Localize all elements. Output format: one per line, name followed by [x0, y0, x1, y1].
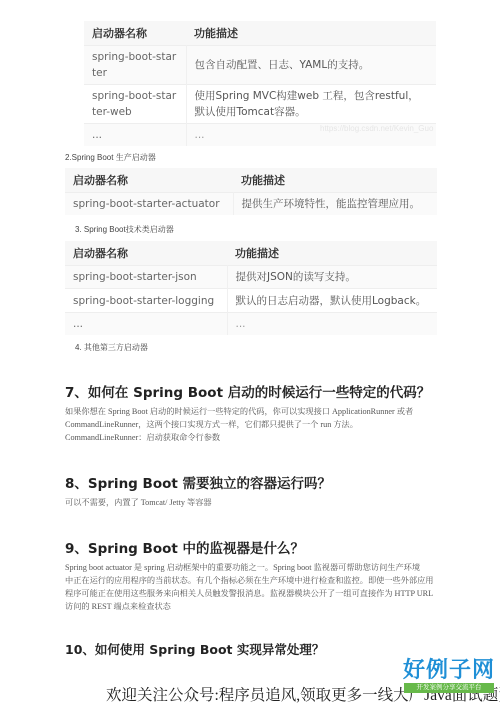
- column-header: 启动器名称: [65, 241, 227, 266]
- column-header: 功能描述: [227, 241, 437, 266]
- starter-description: 使用Spring MVC构建web 工程，包含restful，默认使用Tomca…: [186, 85, 436, 124]
- starter-name: ...: [84, 124, 186, 147]
- logo-title: 好例子网: [400, 657, 498, 683]
- starter-name: spring-boot-starter: [84, 46, 186, 85]
- starter-description: 提供对JSON的读写支持。: [227, 266, 437, 289]
- starter-name: spring-boot-starter-actuator: [65, 193, 233, 216]
- site-logo-watermark: 好例子网 开发案例分享交流平台: [400, 657, 498, 705]
- starter-name: spring-boot-starter-json: [65, 266, 227, 289]
- section-heading-8: 8、Spring Boot 需要独立的容器运行吗？: [65, 472, 331, 492]
- column-header: 功能描述: [233, 168, 437, 193]
- paragraph-line: 可以不需要，内置了 Tomcat/ Jetty 等容器: [65, 496, 445, 509]
- source-watermark: https://blog.csdn.net/Kevin_Guo: [320, 124, 433, 133]
- paragraph-line: 程序可能正在使用这些服务来向相关人员触发警报消息。监视器模块公开了一组可直接作为…: [65, 587, 445, 600]
- starter-table-tech: 启动器名称 功能描述 spring-boot-starter-json 提供对J…: [65, 241, 437, 335]
- logo-subtitle: 开发案例分享交流平台: [404, 683, 494, 693]
- table-header-row: 启动器名称 功能描述: [65, 241, 437, 266]
- paragraph-line: 如果你想在 Spring Boot 启动的时候运行一些特定的代码，你可以实现接口…: [65, 405, 445, 418]
- caption-third-party-starters: 4. 其他第三方启动器: [75, 342, 148, 353]
- starter-table-production: 启动器名称 功能描述 spring-boot-starter-actuator …: [65, 168, 437, 215]
- starter-description: 提供生产环境特性，能监控管理应用。: [233, 193, 437, 216]
- section-heading-9: 9、Spring Boot 中的监视器是什么？: [65, 537, 304, 557]
- caption-tech-starters: 3. Spring Boot技术类启动器: [75, 224, 174, 235]
- paragraph-line: CommandLineRunner：启动获取命令行参数: [65, 431, 445, 444]
- table-header-row: 启动器名称 功能描述: [84, 21, 436, 46]
- column-header: 启动器名称: [65, 168, 233, 193]
- column-header: 启动器名称: [84, 21, 186, 46]
- table-row: spring-boot-starter 包含自动配置、日志、YAML的支持。: [84, 46, 436, 85]
- table-row: spring-boot-starter-actuator 提供生产环境特性，能监…: [65, 193, 437, 216]
- table-row: spring-boot-starter-logging 默认的日志启动器，默认使…: [65, 289, 437, 313]
- column-header: 功能描述: [186, 21, 436, 46]
- table-row: spring-boot-starter-web 使用Spring MVC构建we…: [84, 85, 436, 124]
- section-body-7: 如果你想在 Spring Boot 启动的时候运行一些特定的代码，你可以实现接口…: [65, 405, 445, 444]
- paragraph-line: CommandLineRunner，这两个接口实现方式一样，它们都只提供了一个 …: [65, 418, 445, 431]
- paragraph-line: Spring boot actuator 是 spring 启动框架中的重要功能…: [65, 561, 445, 574]
- table-row: spring-boot-starter-json 提供对JSON的读写支持。: [65, 266, 437, 289]
- section-heading-7: 7、如何在 Spring Boot 启动的时候运行一些特定的代码？: [65, 381, 430, 401]
- starter-description: 默认的日志启动器，默认使用Logback。: [227, 289, 437, 313]
- starter-description: ...: [227, 313, 437, 336]
- table-row: ... ...: [65, 313, 437, 336]
- section-body-8: 可以不需要，内置了 Tomcat/ Jetty 等容器: [65, 496, 445, 509]
- paragraph-line: 访问的 REST 端点来检查状态: [65, 600, 445, 613]
- section-heading-10: 10、如何使用 Spring Boot 实现异常处理？: [65, 640, 324, 658]
- starter-name: ...: [65, 313, 227, 336]
- caption-production-starters: 2.Spring Boot 生产启动器: [65, 152, 156, 163]
- section-body-9: Spring boot actuator 是 spring 启动框架中的重要功能…: [65, 561, 445, 613]
- starter-name: spring-boot-starter-web: [84, 85, 186, 124]
- starter-name: spring-boot-starter-logging: [65, 289, 227, 313]
- paragraph-line: 中正在运行的应用程序的当前状态。有几个指标必须在生产环境中进行检查和监控。即使一…: [65, 574, 445, 587]
- table-header-row: 启动器名称 功能描述: [65, 168, 437, 193]
- starter-description: 包含自动配置、日志、YAML的支持。: [186, 46, 436, 85]
